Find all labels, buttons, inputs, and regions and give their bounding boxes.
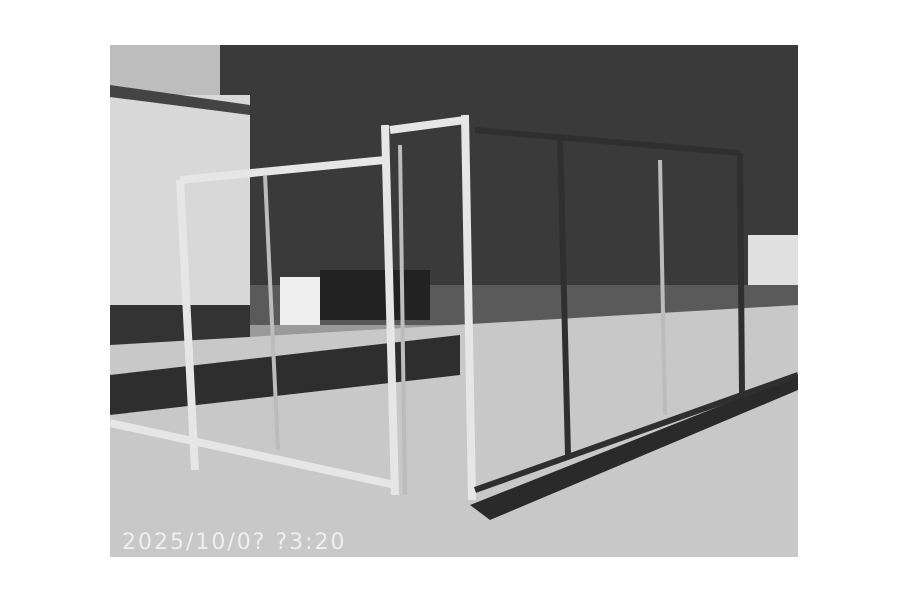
fence-photo: 2025/10/0? ?3:20: [110, 45, 798, 557]
photo-timestamp: 2025/10/0? ?3:20: [122, 530, 347, 555]
photo-scene: [110, 45, 798, 557]
